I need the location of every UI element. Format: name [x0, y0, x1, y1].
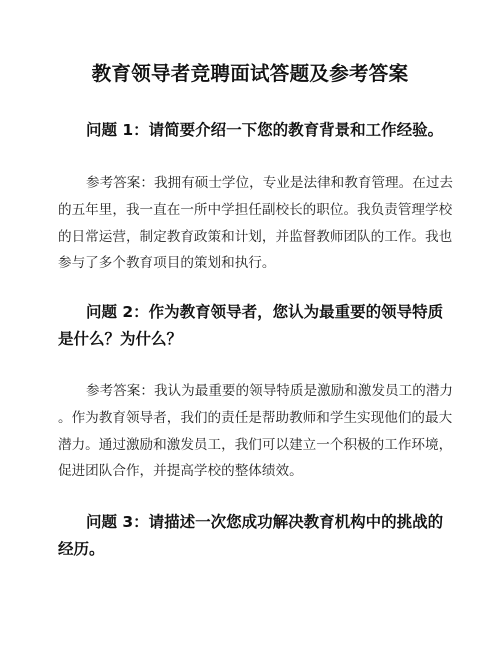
- answer-1-line-1: 参考答案：我拥有硕士学位，专业是法律和教育管理。在过去: [86, 171, 453, 191]
- answer-2-line-1: 参考答案：我认为最重要的领导特质是激励和激发员工的潜力: [86, 379, 453, 399]
- question-2-line-2: 是什么？为什么？: [58, 327, 182, 349]
- answer-1-line-3: 的日常运营，制定教育政策和计划，并监督教师团队的工作。我也: [58, 225, 452, 245]
- document-title: 教育领导者竞聘面试答题及参考答案: [0, 58, 500, 86]
- answer-1-line-4: 参与了多个教育项目的策划和执行。: [58, 251, 276, 271]
- question-3-line-1: 问题 3：请描述一次您成功解决教育机构中的挑战的: [86, 510, 443, 532]
- question-3-line-2: 经历。: [58, 537, 105, 559]
- question-2-line-1: 问题 2：作为教育领导者，您认为最重要的领导特质: [86, 300, 443, 322]
- answer-1-line-2: 的五年里，我一直在一所中学担任副校长的职位。我负责管理学校: [58, 198, 452, 218]
- answer-2-line-3: 潜力。通过激励和激发员工，我们可以建立一个积极的工作环境，: [58, 433, 452, 453]
- answer-2-line-2: 。作为教育领导者，我们的责任是帮助教师和学生实现他们的最大: [58, 406, 452, 426]
- question-1-line-1: 问题 1：请简要介绍一下您的教育背景和工作经验。: [86, 118, 443, 140]
- answer-2-line-4: 促进团队合作，并提高学校的整体绩效。: [58, 459, 303, 479]
